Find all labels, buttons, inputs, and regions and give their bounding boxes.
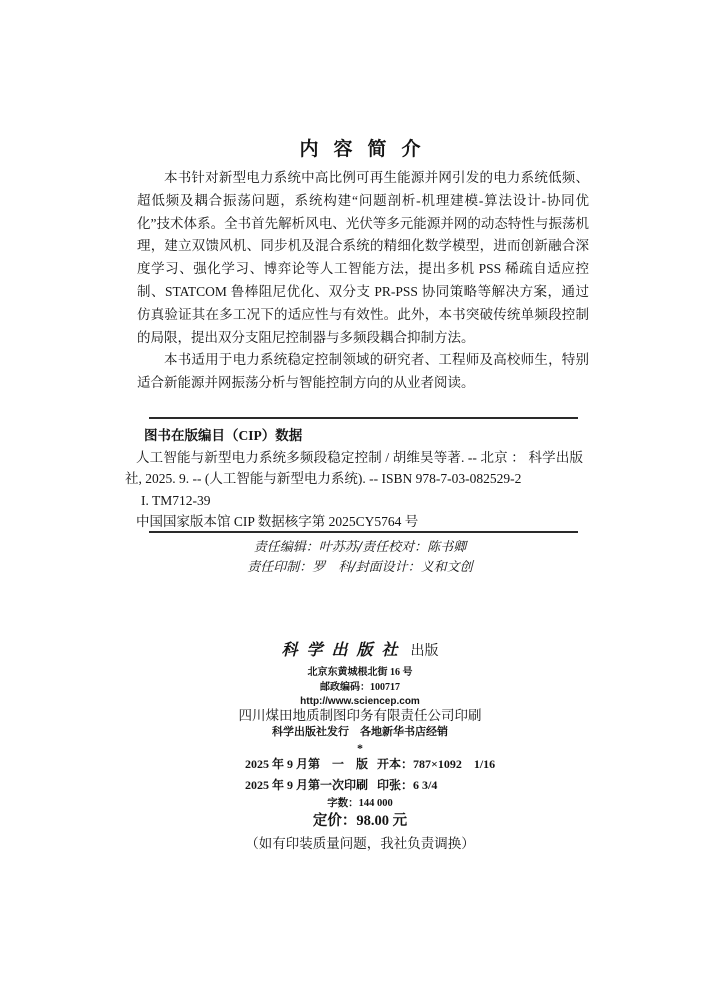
publisher-line: 科学出版社 出版 bbox=[0, 640, 720, 661]
science-press-logo: 科学出版社 bbox=[281, 640, 406, 659]
page-title: 内容简介 bbox=[0, 134, 720, 161]
content-summary: 本书针对新型电力系统中高比例可再生能源并网引发的电力系统低频、超低频及耦合振荡问… bbox=[137, 167, 589, 395]
edition-row: 2025 年 9 月第 一 版 开本：787×1092 1/16 bbox=[245, 754, 545, 775]
publisher-address: 北京东黄城根北街 16 号 bbox=[0, 665, 720, 680]
summary-paragraph-1: 本书针对新型电力系统中高比例可再生能源并网引发的电力系统低频、超低频及耦合振荡问… bbox=[137, 167, 589, 349]
cip-classification: I. TM712-39 bbox=[125, 490, 583, 512]
price-line: 定价：98.00 元 bbox=[0, 811, 720, 831]
summary-paragraph-2: 本书适用于电力系统稳定控制领域的研究者、工程师及高校师生，特别适合新能源并网振荡… bbox=[137, 349, 589, 395]
cip-record-number: 中国国家版本馆 CIP 数据核字第 2025CY5764 号 bbox=[125, 511, 583, 533]
sheets-info: 印张：6 3/4 bbox=[377, 775, 437, 796]
edition-info: 2025 年 9 月第 一 版 bbox=[245, 754, 377, 775]
printing-info: 2025 年 9 月第一次印刷 bbox=[245, 775, 377, 796]
cip-block: 图书在版编目（CIP）数据 人工智能与新型电力系统多频段稳定控制 / 胡维昊等著… bbox=[125, 425, 583, 533]
format-info: 开本：787×1092 1/16 bbox=[377, 754, 495, 775]
quality-note: （如有印装质量问题，我社负责调换） bbox=[0, 833, 720, 855]
credits-print-design-line: 责任印制：罗 科/封面设计：义和文创 bbox=[0, 558, 720, 578]
postal-code: 邮政编码：100717 bbox=[0, 680, 720, 695]
publisher-website: http://www.sciencep.com bbox=[0, 695, 720, 709]
publisher-suffix: 出版 bbox=[411, 642, 439, 658]
distribution-line: 科学出版社发行 各地新华书店经销 bbox=[0, 725, 720, 740]
cip-heading: 图书在版编目（CIP）数据 bbox=[125, 425, 583, 447]
colophon: 科学出版社 出版 北京东黄城根北街 16 号 邮政编码：100717 http:… bbox=[0, 640, 720, 855]
print-spec-rows: 2025 年 9 月第 一 版 开本：787×1092 1/16 2025 年 … bbox=[245, 754, 545, 796]
cip-entry: 人工智能与新型电力系统多频段稳定控制 / 胡维昊等著. -- 北京 ： 科学出版… bbox=[125, 447, 583, 490]
printer-line: 四川煤田地质制图印务有限责任公司印刷 bbox=[0, 709, 720, 723]
printing-row: 2025 年 9 月第一次印刷 印张：6 3/4 bbox=[245, 775, 545, 796]
cip-divider-bottom bbox=[149, 531, 578, 533]
cip-divider-top bbox=[149, 417, 578, 419]
credits-editors-line: 责任编辑：叶苏苏/责任校对：陈书卿 bbox=[0, 538, 720, 558]
word-count: 字数：144 000 bbox=[0, 796, 720, 811]
asterisk-divider: * bbox=[0, 743, 720, 754]
book-copyright-page: 内容简介 本书针对新型电力系统中高比例可再生能源并网引发的电力系统低频、超低频及… bbox=[0, 0, 720, 1000]
staff-credits: 责任编辑：叶苏苏/责任校对：陈书卿 责任印制：罗 科/封面设计：义和文创 bbox=[0, 538, 720, 578]
